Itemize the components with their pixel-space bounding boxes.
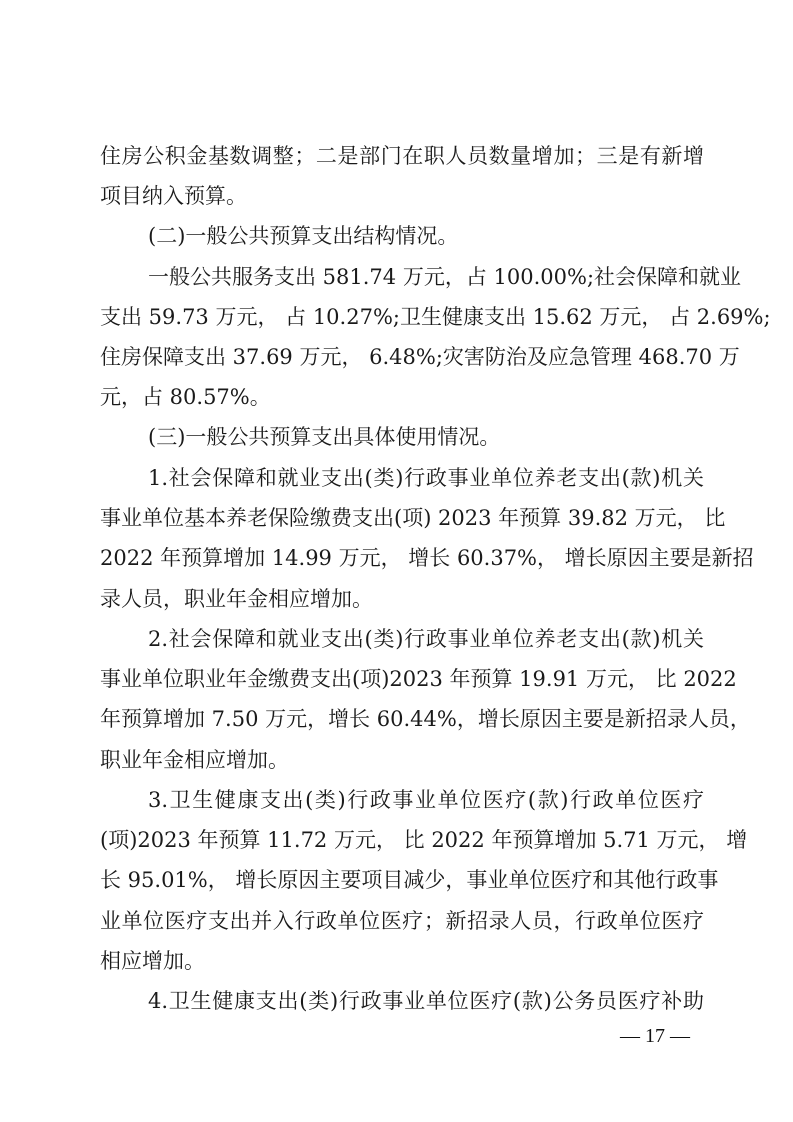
text-line: 2022 年预算增加 14.99 万元， 增长 60.37%， 增长原因主要是新…	[100, 543, 704, 573]
text-line: 职业年金相应增加。	[100, 745, 704, 775]
text-line: 2.社会保障和就业支出(类)行政事业单位养老支出(款)机关	[148, 624, 704, 654]
text-line: 项目纳入预算。	[100, 181, 704, 211]
text-line: 录人员，职业年金相应增加。	[100, 584, 704, 614]
text-line: 事业单位基本养老保险缴费支出(项) 2023 年预算 39.82 万元， 比	[100, 503, 704, 533]
text-line: 相应增加。	[100, 946, 704, 976]
text-line: 一般公共服务支出 581.74 万元，占 100.00%;社会保障和就业	[148, 262, 704, 292]
text-line: 3.卫生健康支出(类)行政事业单位医疗(款)行政单位医疗	[148, 785, 704, 815]
text-line: 事业单位职业年金缴费支出(项)2023 年预算 19.91 万元， 比 2022	[100, 664, 704, 694]
text-line: 住房公积金基数调整；二是部门在职人员数量增加；三是有新增	[100, 141, 704, 171]
text-line: (项)2023 年预算 11.72 万元， 比 2022 年预算增加 5.71 …	[100, 825, 704, 855]
page-number: — 17 —	[620, 1025, 690, 1048]
text-line: 支出 59.73 万元， 占 10.27%;卫生健康支出 15.62 万元， 占…	[100, 302, 704, 332]
text-line: 住房保障支出 37.69 万元， 6.48%;灾害防治及应急管理 468.70 …	[100, 342, 704, 372]
document-page: 住房公积金基数调整；二是部门在职人员数量增加；三是有新增项目纳入预算。(二)一般…	[0, 0, 793, 1122]
text-line: 年预算增加 7.50 万元，增长 60.44%，增长原因主要是新招录人员，	[100, 704, 704, 734]
text-line: 长 95.01%， 增长原因主要项目减少，事业单位医疗和其他行政事	[100, 865, 704, 895]
text-line: (三)一般公共预算支出具体使用情况。	[148, 422, 704, 452]
text-line: 4.卫生健康支出(类)行政事业单位医疗(款)公务员医疗补助	[148, 986, 704, 1016]
text-line: 元，占 80.57%。	[100, 382, 704, 412]
text-line: 业单位医疗支出并入行政单位医疗；新招录人员，行政单位医疗	[100, 906, 704, 936]
text-line: (二)一般公共预算支出结构情况。	[148, 221, 704, 251]
text-line: 1.社会保障和就业支出(类)行政事业单位养老支出(款)机关	[148, 463, 704, 493]
